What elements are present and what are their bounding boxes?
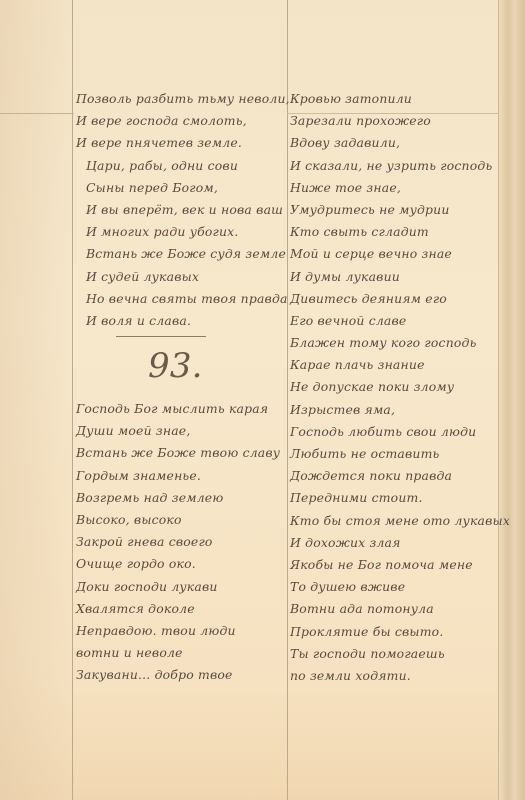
left-margin-header-rule xyxy=(0,113,74,114)
verse-line: Неправдою. твои люди xyxy=(76,620,282,642)
verse-line: Карае плачь знание xyxy=(290,354,500,376)
verse-line: Ты господи помогаешь xyxy=(290,643,500,665)
verse-line: Зарезали прохожего xyxy=(290,110,500,132)
verse-line: Доки господи лукави xyxy=(76,576,282,598)
verse-line: Гордым знаменье. xyxy=(76,465,282,487)
manuscript-page: Позволь разбить тьму неволи, И вере госп… xyxy=(0,0,525,800)
left-column-text: Позволь разбить тьму неволи, И вере госп… xyxy=(76,88,282,687)
verse-line: Дождется поки правда xyxy=(290,465,500,487)
page-edge-binding xyxy=(498,0,525,800)
verse-line: Якобы не Бог помоча мене xyxy=(290,554,500,576)
verse-line: Не допускае поки злому xyxy=(290,376,500,398)
verse-line: Высоко, высоко xyxy=(76,509,282,531)
verse-line: То душею вживе xyxy=(290,576,500,598)
verse-line: Кровью затопили xyxy=(290,88,500,110)
verse-line: И сказали, не узрить господь xyxy=(290,155,500,177)
verse-line: Закувани... добро твое xyxy=(76,664,282,686)
verse-line: Встань же Боже судя земле xyxy=(76,243,282,265)
verse-line: Кто бы стоя мене ото лукавых xyxy=(290,510,500,532)
verse-line: Позволь разбить тьму неволи, xyxy=(76,88,282,110)
verse-line: Но вечна святы твоя правда xyxy=(76,288,282,310)
verse-line: И вере господа смолоть, xyxy=(76,110,282,132)
verse-line: Любить не оставить xyxy=(290,443,500,465)
verse-line: Души моей знае, xyxy=(76,420,282,442)
verse-line: Господь Бог мыслить карая xyxy=(76,398,282,420)
verse-line: Ниже тое знае, xyxy=(290,177,500,199)
verse-line: Вдову задавили, xyxy=(290,132,500,154)
verse-line: Сыны перед Богом, xyxy=(76,177,282,199)
verse-line: по земли ходяти. xyxy=(290,665,500,687)
verse-line: И воля и слава. xyxy=(76,310,282,332)
left-margin-rule xyxy=(72,0,73,800)
column-divider-rule xyxy=(287,0,288,800)
verse-line: Умудритесь не мудрии xyxy=(290,199,500,221)
verse-line: Блажен тому кого господь xyxy=(290,332,500,354)
verse-line: Цари, рабы, одни сови xyxy=(76,155,282,177)
verse-line: Изрыстев яма, xyxy=(290,399,500,421)
verse-line: Мой и серце вечно знае xyxy=(290,243,500,265)
verse-line: Проклятие бы свыто. xyxy=(290,621,500,643)
separator-rule xyxy=(116,336,206,337)
right-column-text: Кровью затопили Зарезали прохожего Вдову… xyxy=(290,88,500,687)
verse-line: Закрой гнева своего xyxy=(76,531,282,553)
verse-line: И дохожих злая xyxy=(290,532,500,554)
verse-line: И вы вперёт, век и нова ваш xyxy=(76,199,282,221)
verse-line: Встань же Боже твою славу xyxy=(76,442,282,464)
verse-line: Его вечной славе xyxy=(290,310,500,332)
verse-line: Возгремь над землею xyxy=(76,487,282,509)
verse-line: Кто свыть сгладит xyxy=(290,221,500,243)
left-margin-shading xyxy=(0,0,72,800)
verse-line: И вере пнячетев земле. xyxy=(76,132,282,154)
verse-line: Передними стоит. xyxy=(290,487,500,509)
poem-number: 93. xyxy=(148,346,203,386)
verse-line: И судей лукавых xyxy=(76,266,282,288)
verse-line: И многих ради убогих. xyxy=(76,221,282,243)
verse-line: Очище гордо око. xyxy=(76,553,282,575)
poem-number-block: 93. xyxy=(76,332,282,398)
verse-line: Дивитесь деяниям его xyxy=(290,288,500,310)
verse-line: Хвалятся доколе xyxy=(76,598,282,620)
verse-line: вотни и неволе xyxy=(76,642,282,664)
verse-line: Господь любить свои люди xyxy=(290,421,500,443)
verse-line: Вотни ада потонула xyxy=(290,598,500,620)
verse-line: И думы лукавии xyxy=(290,266,500,288)
